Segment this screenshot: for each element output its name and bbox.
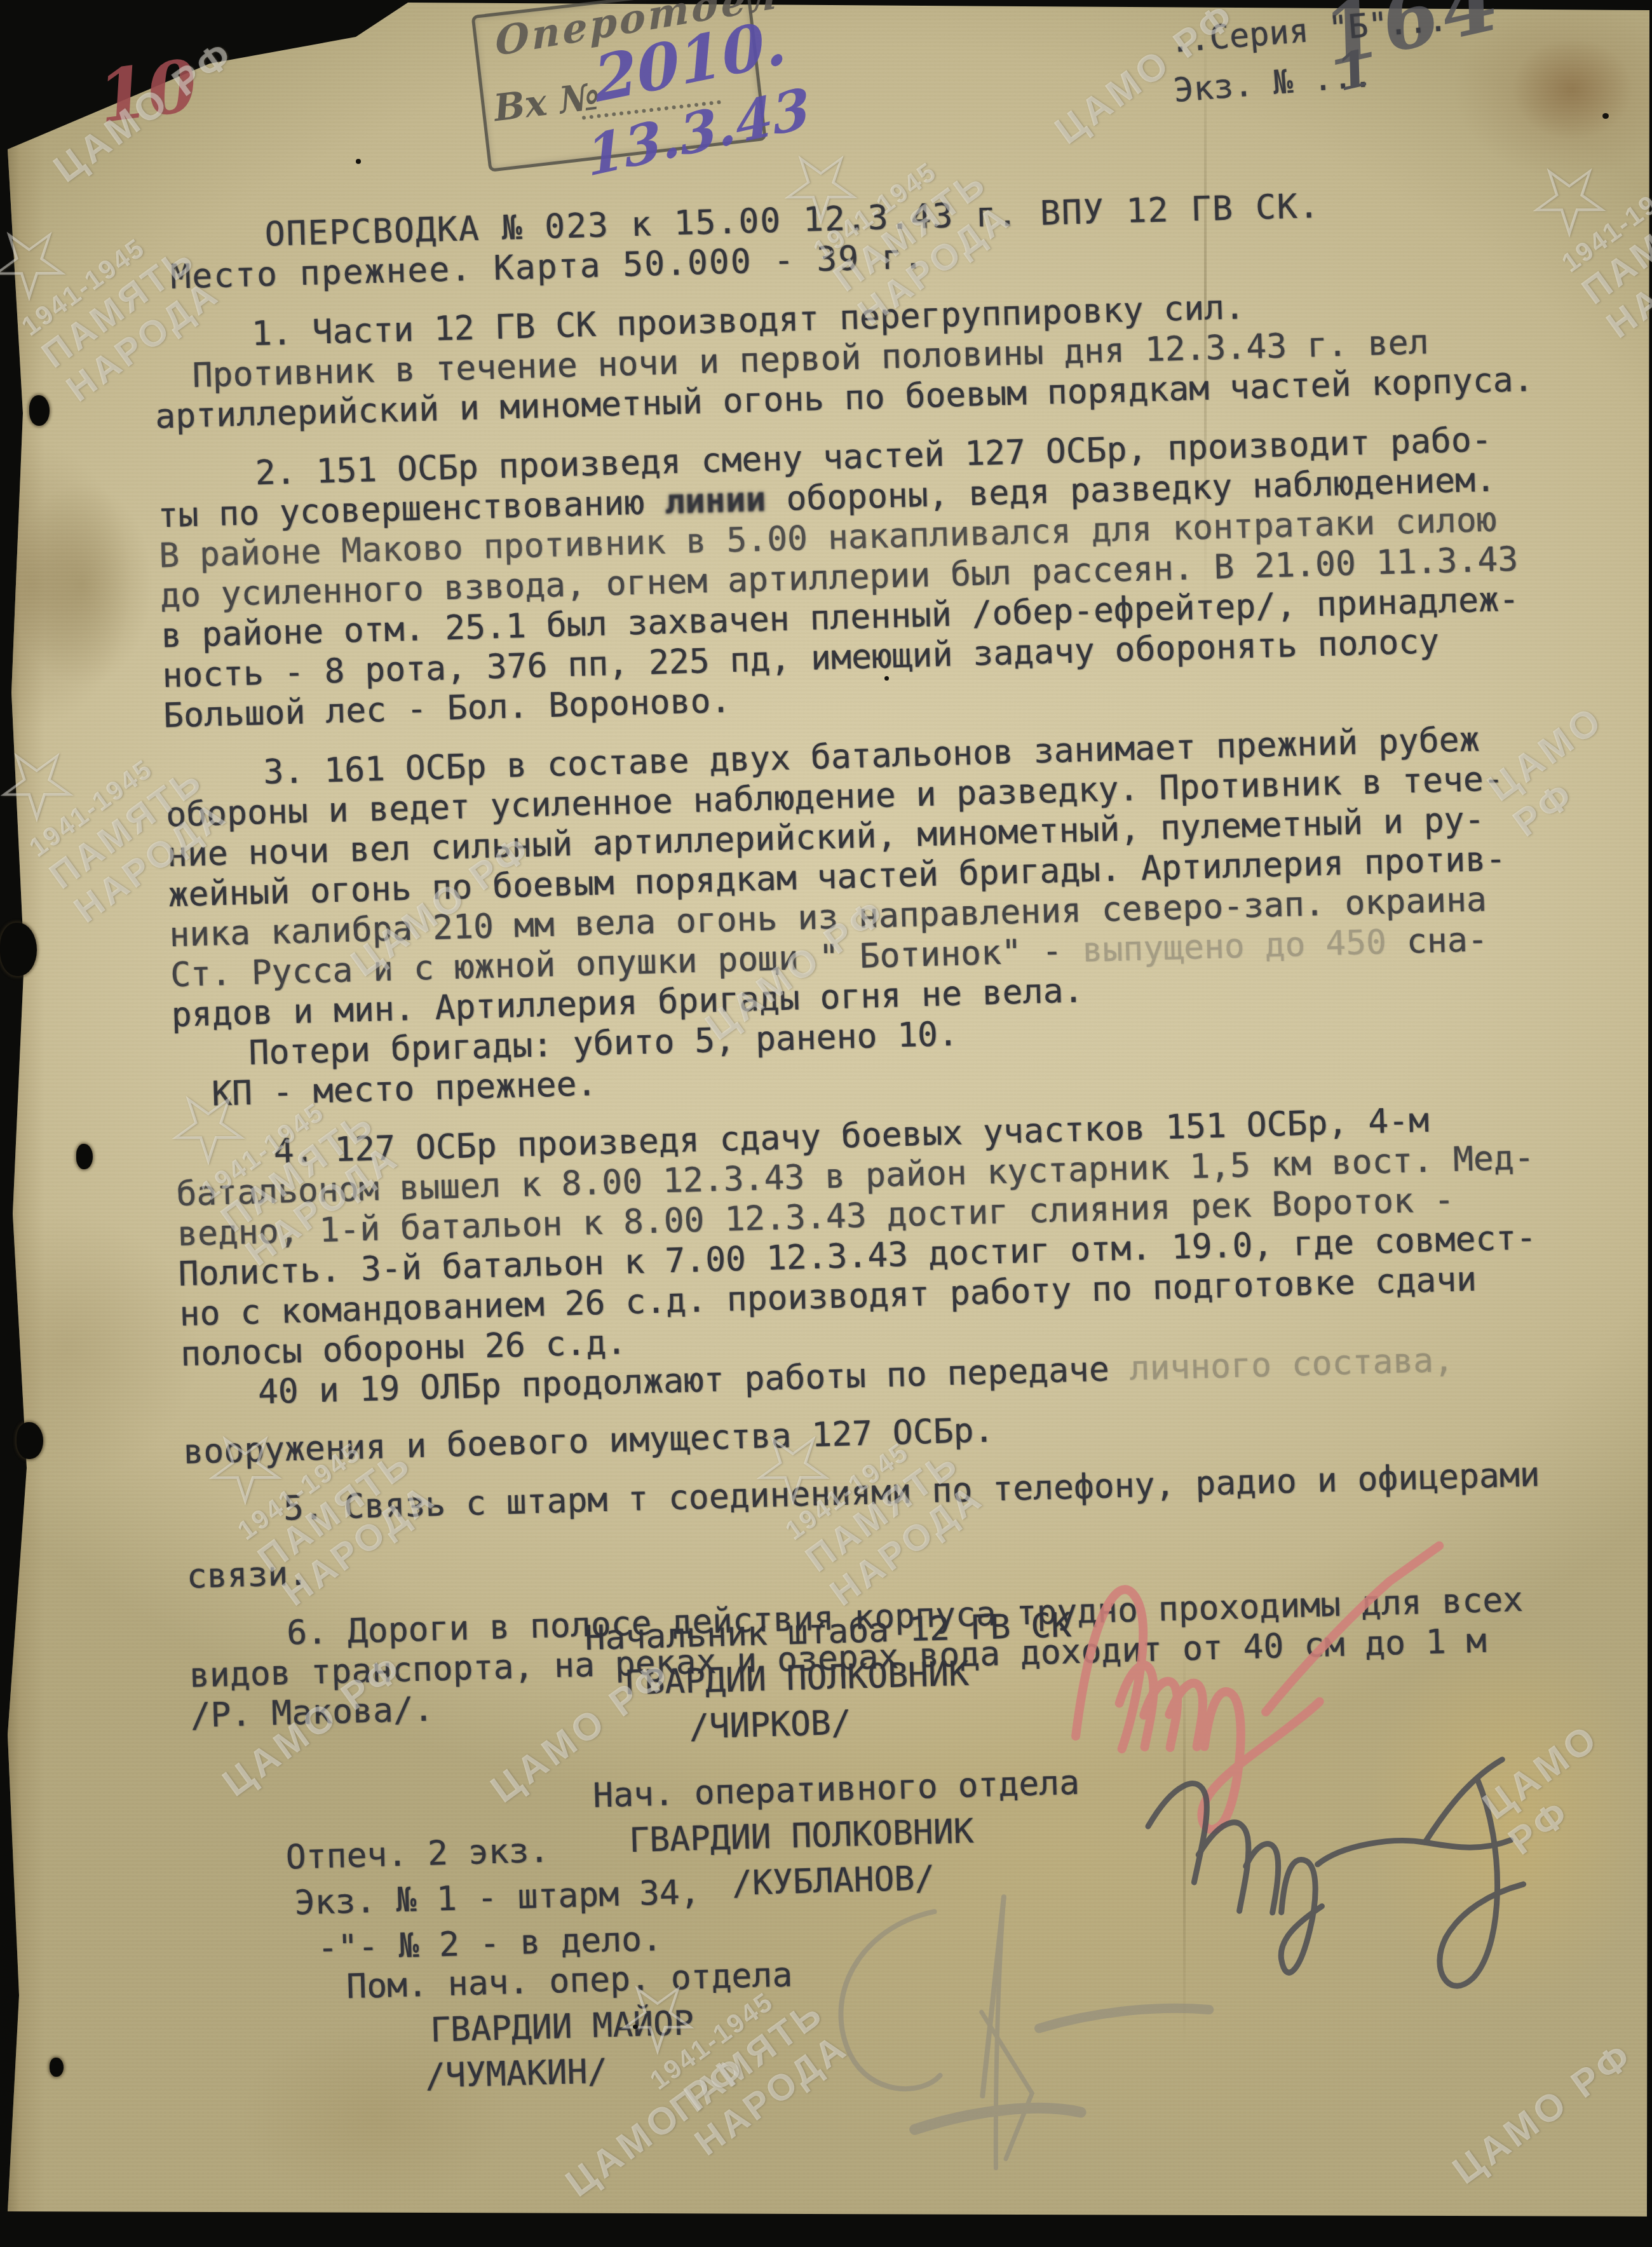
punch-hole (76, 1144, 93, 1169)
paper-speck (356, 159, 361, 164)
paragraph: 2. 151 ОСБр произведя смену частей 127 О… (156, 417, 1606, 736)
paper-speck (884, 676, 889, 681)
signature-block-chief-of-staff: Начальник штаба 12 ГВ СК ГВАРДИИ ПОЛКОВН… (585, 1603, 1074, 1753)
paragraph: 1. Части 12 ГВ СК производят перегруппир… (152, 278, 1597, 437)
paper-speck (1602, 113, 1609, 119)
paragraph: 4. 127 ОСБр произведя сдачу боевых участ… (175, 1096, 1626, 1472)
paragraph: 3. 161 ОСБр в составе двух батальонов за… (165, 716, 1616, 1115)
punch-hole (17, 1422, 43, 1459)
stamp-incoming-label: Вх № (492, 75, 602, 130)
document-content: 10 164 Оперотдел Вх № 2010. 13.3.43 ..Се… (0, 0, 1652, 2247)
pencil-flourish (705, 1877, 1298, 2210)
paragraph: ОПЕРСВОДКА № 023 к 15.00 12.3.43 г. ВПУ … (150, 179, 1594, 297)
series-copy-block: ..Серия "Б"... Экз. № ... 1 (1168, 0, 1453, 116)
punch-hole (0, 923, 37, 976)
paper-speck (633, 2025, 638, 2029)
signer-name: /ЧИРКОВ/ (689, 1694, 1075, 1750)
incoming-registration-stamp: Оперотдел Вх № 2010. 13.3.43 (471, 0, 767, 172)
sheet-number-red-pencil: 10 (93, 44, 203, 139)
copies-block: Отпеч. 2 экз. Экз. № 1 - штарм 34, -"- №… (285, 1824, 702, 1972)
scanned-document: 10 164 Оперотдел Вх № 2010. 13.3.43 ..Се… (0, 0, 1652, 2247)
punch-hole (50, 2058, 64, 2077)
punch-hole (29, 395, 50, 426)
